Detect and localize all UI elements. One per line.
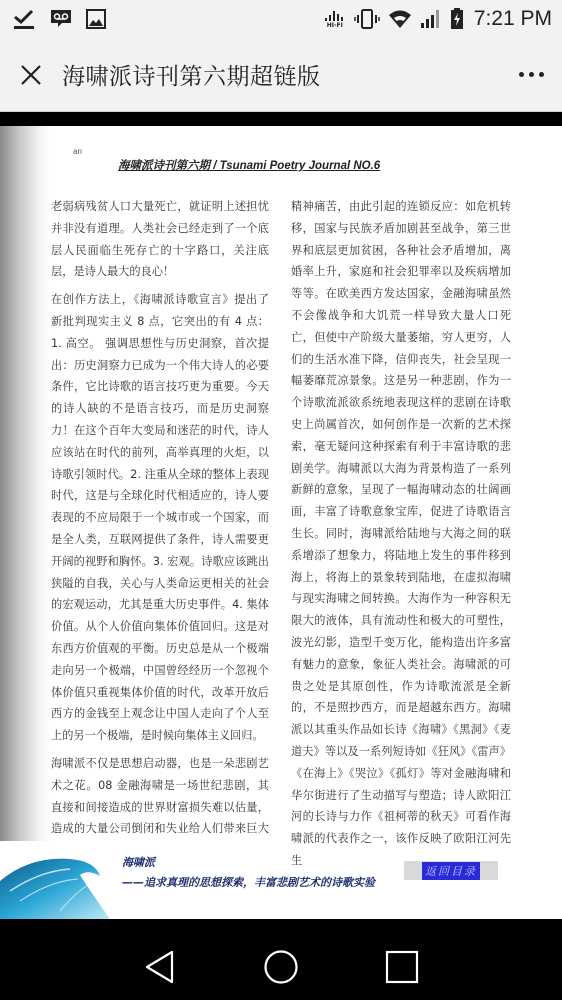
vibrate-icon [354, 8, 380, 30]
signal-icon [420, 9, 442, 29]
back-to-toc-label[interactable]: 返回目录 [422, 862, 480, 880]
battery-charging-icon [450, 8, 464, 30]
app-bar: 海啸派诗刊第六期超链版 [0, 38, 562, 112]
status-time: 7:21 PM [474, 7, 552, 31]
status-right-icons: HI-FI 7:21 PM [324, 7, 552, 31]
recents-button[interactable] [372, 937, 432, 997]
footer-banner: 海啸派 ——追求真理的思想探索，丰富悲剧艺术的诗歌实验 返回目录 [0, 841, 562, 919]
footer-slogan: ——追求真理的思想探索，丰富悲剧艺术的诗歌实验 [122, 874, 375, 890]
paragraph: 精神痛苦，由此引起的连锁反应：如危机转移，国家与民族矛盾加剧甚至战争，第三世界和… [291, 196, 511, 872]
hifi-icon: HI-FI [324, 10, 346, 29]
right-text-column: 精神痛苦，由此引起的连锁反应：如危机转移，国家与民族矛盾加剧甚至战争，第三世界和… [291, 196, 511, 878]
back-to-toc-button[interactable]: 返回目录 [404, 861, 498, 880]
download-done-icon [12, 8, 36, 30]
tsunami-wave-icon [0, 841, 135, 919]
more-dot-icon [529, 72, 534, 77]
close-button[interactable] [0, 38, 62, 112]
voicemail-icon [50, 9, 72, 29]
more-dot-icon [519, 72, 524, 77]
more-options-button[interactable] [500, 38, 562, 112]
home-circle-icon [263, 949, 299, 985]
corner-label: an [73, 147, 82, 156]
web-content-viewport[interactable]: an 海啸派诗刊第六期 / Tsunami Poetry Journal NO.… [0, 112, 562, 934]
image-icon [86, 9, 106, 29]
status-left-icons [12, 8, 106, 30]
hifi-label: HI-FI [327, 22, 343, 29]
paragraph: 老弱病残贫人口大量死亡，就证明上述担忧并非没有道理。人类社会已经走到了一个底层人… [51, 196, 269, 283]
back-triangle-icon [144, 949, 176, 985]
close-icon [20, 64, 42, 86]
journal-header: 海啸派诗刊第六期 / Tsunami Poetry Journal NO.6 [118, 157, 380, 173]
recents-square-icon [384, 949, 420, 985]
back-button[interactable] [130, 937, 190, 997]
home-button[interactable] [251, 937, 311, 997]
status-bar: HI-FI 7:21 PM [0, 0, 562, 38]
journal-page: an 海啸派诗刊第六期 / Tsunami Poetry Journal NO.… [0, 126, 562, 919]
left-text-column: 老弱病残贫人口大量死亡，就证明上述担忧并非没有道理。人类社会已经走到了一个底层人… [51, 196, 269, 868]
more-dot-icon [539, 72, 544, 77]
system-nav-bar [0, 934, 562, 1000]
page-edge-shadow [0, 126, 50, 919]
paragraph: 在创作方法上，《海啸派诗歌宣言》提出了新批判现实主义 8 点，它突出的有 4 点… [51, 289, 269, 747]
page-title: 海啸派诗刊第六期超链版 [62, 58, 321, 91]
footer-title: 海啸派 [122, 854, 155, 870]
wifi-icon [388, 9, 412, 29]
